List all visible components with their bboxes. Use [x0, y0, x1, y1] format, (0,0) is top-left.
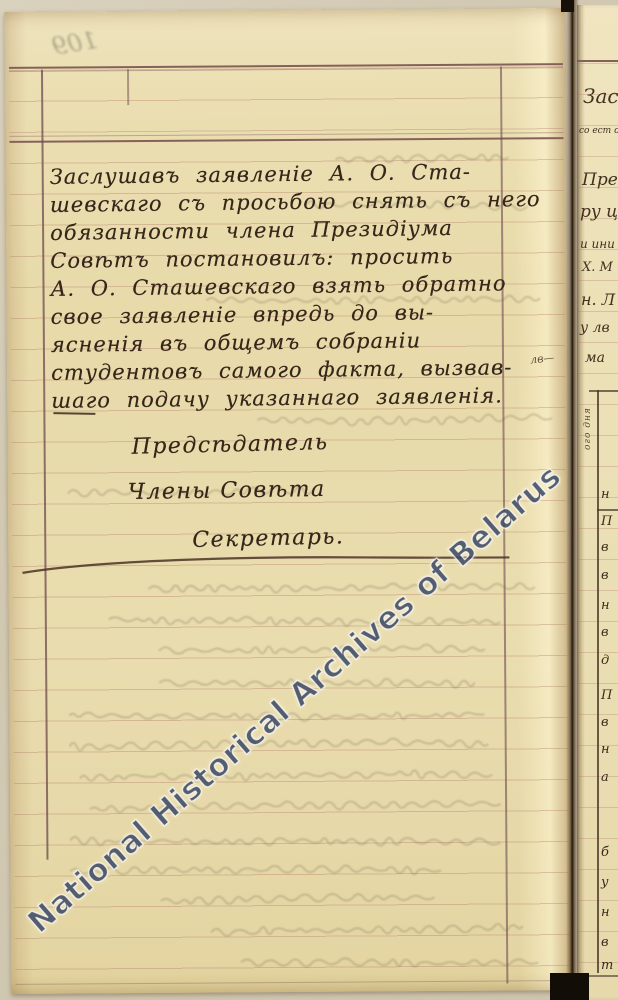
scanned-manuscript: 109 Заслушавъ заявленіе А. О. Ста-шевска…: [0, 0, 618, 1000]
signature-chairman: Предсѣдатель: [131, 430, 328, 460]
edge-ink-mark: лв—: [529, 351, 555, 367]
right-page-fragment: Преди: [582, 170, 618, 190]
table-rule-c: [589, 975, 618, 977]
right-page-fragment: у лв: [580, 320, 610, 336]
handwritten-line: шаго подачу указаннаго заявленія.: [51, 381, 542, 415]
column-letter: д: [601, 653, 609, 668]
next-page-edge: ого дня Зассо ест оПредиру ци иниХ. Мн. …: [577, 5, 618, 1000]
column-letter: н: [601, 905, 610, 920]
signature-members: Члены Совѣта: [128, 477, 326, 505]
right-page-fragment: со ест о: [579, 126, 618, 136]
header-column-divider: [127, 69, 129, 105]
column-letter: в: [601, 935, 609, 950]
right-page-fragment: н. Л: [581, 290, 615, 309]
column-letter: б: [601, 845, 609, 860]
right-page-fragment: ру ц: [580, 202, 618, 222]
column-letter: П: [601, 688, 612, 703]
right-page-fragment: ма: [585, 350, 605, 366]
column-letter: в: [601, 715, 609, 730]
column-letter: у: [601, 875, 609, 890]
header-rule-right: [577, 60, 618, 62]
pencil-page-number: 109: [50, 26, 100, 61]
column-letter: П: [601, 514, 612, 529]
column-letter: т: [601, 958, 613, 973]
column-letter: а: [601, 770, 609, 785]
table-rule-a: [589, 390, 618, 392]
signature-secretary: Секретарь.: [192, 524, 345, 553]
right-page-fragment: Х. М: [582, 260, 613, 275]
binding-tab-top: [561, 0, 574, 12]
column-letter: н: [601, 487, 610, 502]
column-letter: н: [601, 598, 610, 613]
vertical-note: ого дня: [583, 407, 593, 450]
right-page-fragment: и ини: [580, 237, 615, 251]
table-rule-b: [597, 509, 618, 511]
column-letter: в: [601, 568, 609, 583]
column-letter: в: [601, 625, 609, 640]
page-fold: [566, 0, 579, 1000]
handwriting-block: Заслушавъ заявленіе А. О. Ста-шевскаго с…: [50, 158, 542, 413]
right-page-fragment: Зас: [583, 84, 618, 108]
column-rule: [597, 390, 599, 973]
binding-tab-bottom: [550, 973, 589, 1000]
manuscript-page: 109 Заслушавъ заявленіе А. О. Ста-шевска…: [5, 8, 572, 994]
column-letter: н: [601, 742, 610, 757]
column-letter: в: [601, 540, 609, 555]
